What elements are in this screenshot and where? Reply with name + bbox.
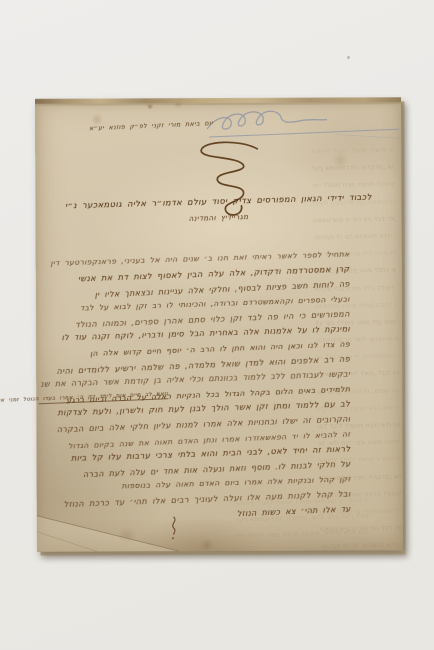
ghost-line: אתחיל לספר לאשר ראיתי זאת חנו ב׳ שנים הי… (312, 142, 394, 161)
signature-mark-icon (165, 513, 185, 541)
ghost-line: קרן אמסטרדמה ודקדוק, אלה עלה הבין לאסוף … (312, 159, 394, 178)
ghost-line: פה לוחות חשב פציות לבסוף, וחלקי אלה עניי… (312, 176, 394, 195)
ghost-line: ומינקת לו על אלמנות אלה באחרית הבל סימן … (314, 227, 396, 246)
dust-speck (347, 56, 350, 59)
ink-flourish-icon (187, 135, 265, 223)
manuscript-page: יום ביאת מורי זקני לפ״ק פוזנא יע״א לכבוד… (35, 98, 403, 552)
ghost-line: פה לוחות חשב פציות לבסוף, וחלקי אלה עניי… (237, 525, 369, 545)
photo-backdrop: יום ביאת מורי זקני לפ״ק פוזנא יע״א לכבוד… (0, 0, 434, 650)
letter-body: אתחיל לספר לאשר ראיתי זאת חנו ב׳ שנים הי… (40, 246, 351, 523)
ghost-line: ובעלי הספרים וקהאמשטרדם וברודה, והכינותי… (313, 193, 395, 212)
ghost-line: המפורשים כי היו פה לבד זקן כלוי סתם אהרן… (313, 210, 395, 229)
torn-top-edge-icon (35, 97, 401, 104)
